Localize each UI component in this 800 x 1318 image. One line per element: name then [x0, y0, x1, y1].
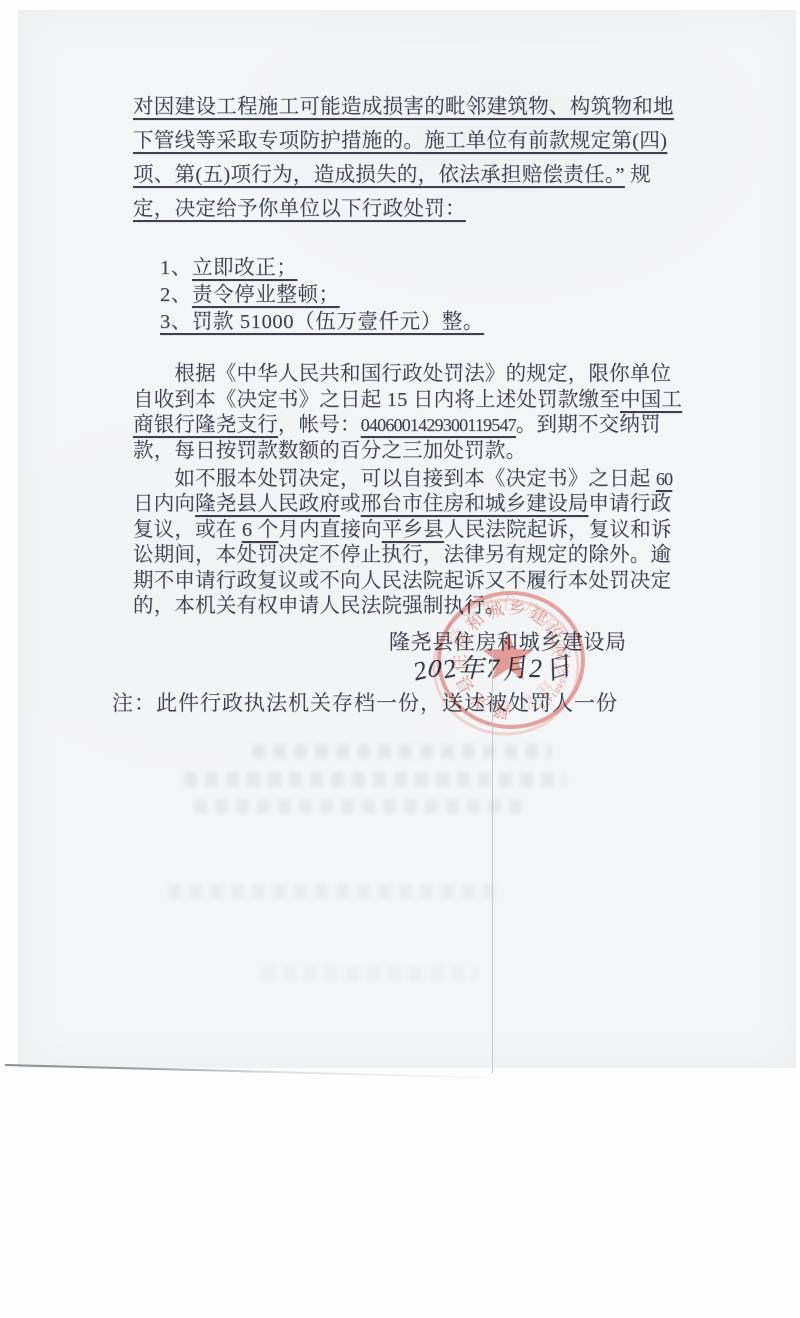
- bleed-through-smudge: [194, 799, 522, 814]
- text-line: 日内向隆尧县人民政府或邢台市住房和城乡建设局申请行政: [133, 492, 672, 517]
- appeal-paragraph: 如不服本处罚决定，可以自接到本《决定书》之日起 60日内向隆尧县人民政府或邢台市…: [133, 467, 672, 619]
- text-line: 复议，或在 6 个月内直接向平乡县人民法院起诉，复议和诉: [133, 518, 672, 543]
- svg-text:县: 县: [453, 672, 478, 696]
- text-line: 的，本机关有权申请人民法院强制执行。: [133, 594, 672, 619]
- text-line: 对因建设工程施工可能造成损害的毗邻建筑物、构筑物和地: [133, 90, 674, 124]
- svg-text:乡: 乡: [544, 659, 567, 681]
- text-line: 自收到本《决定书》之日起 15 日内将上述处罚款缴至中国工: [133, 388, 682, 414]
- text-line: 根据《中华人民共和国行政处罚法》的规定，限你单位: [133, 362, 682, 388]
- text-line: 如不服本处罚决定，可以自接到本《决定书》之日起 60: [133, 467, 672, 492]
- paper-fold-line: [492, 644, 493, 1073]
- text-line: 定，决定给予你单位以下行政处罚：: [133, 192, 674, 226]
- svg-text:住: 住: [502, 594, 521, 615]
- text-line: 讼期间，本处罚决定不停止执行，法律另有规定的除外。逾: [133, 543, 672, 568]
- text-line: 3、罚款 51000（伍万壹仟元）整。: [160, 309, 484, 336]
- seal-star-icon: [482, 631, 533, 680]
- text-line: 项、第(五)项行为，造成损失的，依法承担赔偿责任。” 规: [133, 158, 674, 192]
- payment-paragraph: 根据《中华人民共和国行政处罚法》的规定，限你单位自收到本《决定书》之日起 15 …: [133, 362, 682, 464]
- bleed-through-smudge: [168, 884, 498, 899]
- text-line: 款，每日按罚款数额的百分之三加处罚款。: [133, 439, 682, 465]
- text-line: 期不申请行政复议或不向人民法院起诉又不履行本处罚决定: [133, 569, 672, 594]
- text-line: 下管线等采取专项防护措施的。施工单位有前款规定第(四): [133, 124, 674, 158]
- official-seal: 隆尧县住房和城乡建设局0625881478隆尧县住房和城乡建设局: [431, 586, 591, 736]
- svg-text:局: 局: [496, 697, 513, 716]
- text-line: 1、立即改正；: [160, 255, 484, 282]
- bleed-through-smudge: [262, 966, 477, 981]
- svg-text:设: 设: [515, 690, 538, 714]
- document-page: 对因建设工程施工可能造成损害的毗邻建筑物、构筑物和地下管线等采取专项防护措施的。…: [0, 0, 800, 1318]
- bleed-through-smudge: [184, 772, 566, 787]
- penalty-list: 1、立即改正；2、责令停业整顿；3、罚款 51000（伍万壹仟元）整。: [160, 255, 484, 336]
- text-line: 2、责令停业整顿；: [160, 282, 484, 309]
- bleed-through-smudge: [252, 744, 552, 759]
- svg-text:尧: 尧: [468, 688, 493, 713]
- svg-text:住: 住: [450, 654, 470, 672]
- penalty-intro-paragraph: 对因建设工程施工可能造成损害的毗邻建筑物、构筑物和地下管线等采取专项防护措施的。…: [133, 90, 674, 226]
- svg-text:城: 城: [546, 637, 567, 657]
- text-line: 商银行隆尧支行，帐号：0406001429300119547。到期不交纳罚: [133, 413, 682, 439]
